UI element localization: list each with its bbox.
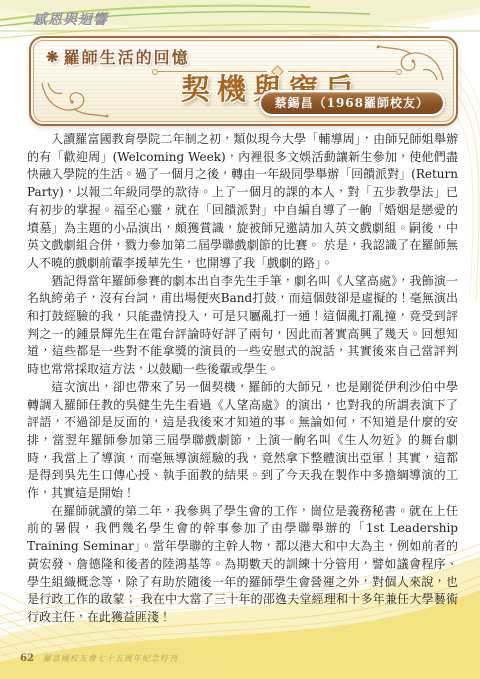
section-title-label: 羅師生活的回憶: [64, 45, 190, 68]
body-paragraph: 這次演出，卻也帶來了另一個契機，羅師的大師兄，也是剛從伊利沙伯中學轉調入羅師任教…: [27, 379, 458, 503]
corner-flourish-icon: [373, 44, 447, 88]
author-badge: 蔡錫昌（1968羅師校友）: [259, 90, 445, 116]
body-paragraph: 猶記得當年羅師參賽的劇本出自李先生手筆，劇名叫《人望高處》，我飾演一名紈絝弟子，…: [27, 273, 458, 379]
article-title-box: ❋ 羅師生活的回憶 契機與窗戶 蔡錫昌（1968羅師校友）: [29, 36, 458, 126]
body-paragraph: 在羅師就讀的第二年，我參與了學生會的工作，崗位是義務秘書。就在上任前的暑假，我們…: [27, 503, 458, 627]
article-body: 入讀羅富國教育學院二年制之初，類似現今大學「輔導周」，由師兄師姐舉辦的有「歡迎周…: [27, 131, 458, 627]
chapter-header: 感恩與迴響: [33, 9, 108, 29]
publication-title: 羅富國校友會七十五周年紀念特刊: [43, 653, 178, 664]
corner-flourish-icon: [38, 75, 112, 119]
page-number: 62: [20, 653, 34, 664]
section-title: ❋ 羅師生活的回憶: [46, 45, 190, 68]
asterisk-flower-icon: ❋: [46, 48, 61, 66]
page-footer: 62 羅富國校友會七十五周年紀念特刊: [20, 653, 178, 664]
body-paragraph: 入讀羅富國教育學院二年制之初，類似現今大學「輔導周」，由師兄師姐舉辦的有「歡迎周…: [27, 131, 458, 273]
article-title-box-inner: ❋ 羅師生活的回憶 契機與窗戶 蔡錫昌（1968羅師校友）: [33, 40, 454, 122]
magazine-page: 感恩與迴響: [0, 0, 480, 679]
